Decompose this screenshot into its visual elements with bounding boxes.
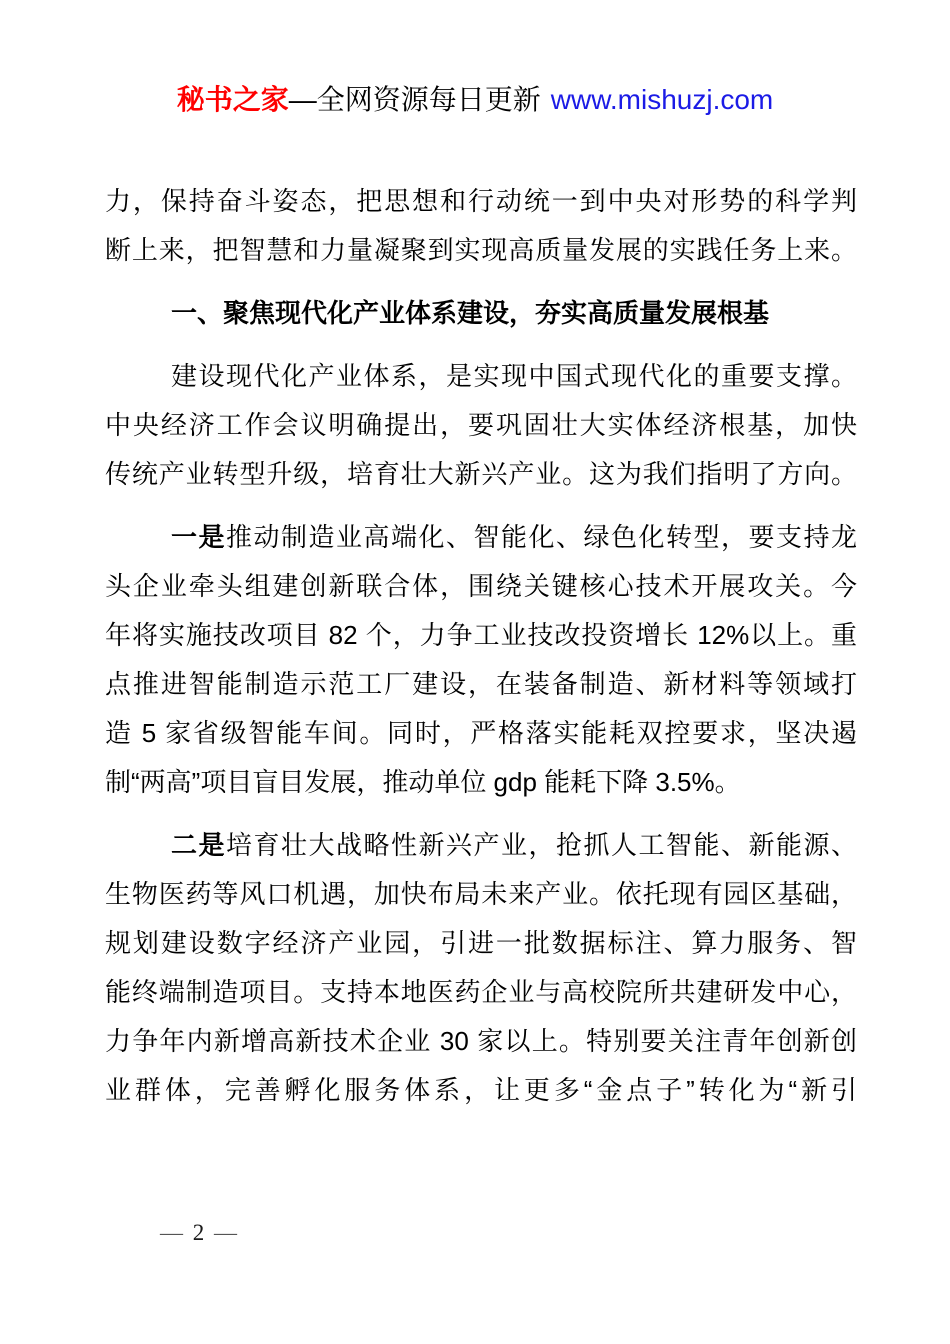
text-line: 力争年内新增高新技术企业 30 家以上。特别要关注青年创新创 [105, 1017, 857, 1066]
page-number: — 2 — [160, 1218, 239, 1248]
line-text: 培育壮大战略性新兴产业，抢抓人工智能、新能源、 [226, 830, 857, 860]
line-text: 年将实施技改项目 82 个，力争工业技改投资增长 12%以上。重 [105, 620, 857, 650]
text-line: 造 5 家省级智能车间。同时，严格落实能耗双控要求，坚决遏 [105, 709, 857, 758]
text-line: 能终端制造项目。支持本地医药企业与高校院所共建研发中心， [105, 968, 857, 1017]
paragraph-point-one: 一是推动制造业高端化、智能化、绿色化转型，要支持龙 头企业牵头组建创新联合体，围… [105, 513, 857, 807]
text-line: 年将实施技改项目 82 个，力争工业技改投资增长 12%以上。重 [105, 611, 857, 660]
line-text: 规划建设数字经济产业园，引进一批数据标注、算力服务、智 [105, 928, 857, 958]
paragraph-intro: 建设现代化产业体系，是实现中国式现代化的重要支撑。 中央经济工作会议明确提出，要… [105, 352, 857, 499]
line-text: 建设现代化产业体系，是实现中国式现代化的重要支撑。 [171, 361, 857, 391]
text-line: 力，保持奋斗姿态，把思想和行动统一到中央对形势的科学判 [105, 177, 857, 226]
text-line: 业群体，完善孵化服务体系，让更多“金点子”转化为“新引 [105, 1066, 857, 1115]
document-header: 秘书之家—全网资源每日更新www.mishuzj.com [0, 82, 950, 118]
line-text: 业群体，完善孵化服务体系，让更多“金点子”转化为“新引 [105, 1075, 857, 1105]
line-text: 头企业牵头组建创新联合体，围绕关键核心技术开展攻关。今 [105, 571, 857, 601]
website-url-link[interactable]: www.mishuzj.com [551, 84, 773, 115]
line-text: 推动制造业高端化、智能化、绿色化转型，要支持龙 [226, 522, 857, 552]
line-text: 传统产业转型升级，培育壮大新兴产业。这为我们指明了方向。 [105, 459, 857, 489]
line-text: 生物医药等风口机遇，加快布局未来产业。依托现有园区基础， [105, 879, 857, 909]
line-text: 力，保持奋斗姿态，把思想和行动统一到中央对形势的科学判 [105, 186, 857, 216]
text-line: 点推进智能制造示范工厂建设，在装备制造、新材料等领域打 [105, 660, 857, 709]
text-line: 建设现代化产业体系，是实现中国式现代化的重要支撑。 [105, 352, 857, 401]
text-line: 生物医药等风口机遇，加快布局未来产业。依托现有园区基础， [105, 870, 857, 919]
header-tagline: —全网资源每日更新 [289, 84, 541, 115]
text-line: 制“两高”项目盲目发展，推动单位 gdp 能耗下降 3.5%。 [105, 758, 857, 807]
text-line: 中央经济工作会议明确提出，要巩固壮大实体经济根基，加快 [105, 401, 857, 450]
paragraph-point-two: 二是培育壮大战略性新兴产业，抢抓人工智能、新能源、 生物医药等风口机遇，加快布局… [105, 821, 857, 1115]
text-line: 传统产业转型升级，培育壮大新兴产业。这为我们指明了方向。 [105, 450, 857, 499]
line-text: 造 5 家省级智能车间。同时，严格落实能耗双控要求，坚决遏 [105, 718, 857, 748]
paragraph-continuation: 力，保持奋斗姿态，把思想和行动统一到中央对形势的科学判 断上来，把智慧和力量凝聚… [105, 177, 857, 275]
bold-lead: 一是 [171, 522, 226, 552]
text-line: 一是推动制造业高端化、智能化、绿色化转型，要支持龙 [105, 513, 857, 562]
document-body: 力，保持奋斗姿态，把思想和行动统一到中央对形势的科学判 断上来，把智慧和力量凝聚… [105, 177, 857, 1115]
page-number-value: 2 [193, 1220, 207, 1245]
document-page: 秘书之家—全网资源每日更新www.mishuzj.com 力，保持奋斗姿态，把思… [0, 0, 950, 1344]
text-line: 二是培育壮大战略性新兴产业，抢抓人工智能、新能源、 [105, 821, 857, 870]
text-line: 规划建设数字经济产业园，引进一批数据标注、算力服务、智 [105, 919, 857, 968]
brand-name: 秘书之家 [177, 84, 289, 115]
line-text: 断上来，把智慧和力量凝聚到实现高质量发展的实践任务上来。 [105, 235, 857, 265]
line-text: 力争年内新增高新技术企业 30 家以上。特别要关注青年创新创 [105, 1026, 857, 1056]
text-line: 头企业牵头组建创新联合体，围绕关键核心技术开展攻关。今 [105, 562, 857, 611]
text-line: 断上来，把智慧和力量凝聚到实现高质量发展的实践任务上来。 [105, 226, 857, 275]
heading-line: 一、聚焦现代化产业体系建设，夯实高质量发展根基 [105, 289, 857, 338]
line-text: 点推进智能制造示范工厂建设，在装备制造、新材料等领域打 [105, 669, 857, 699]
line-text: 能终端制造项目。支持本地医药企业与高校院所共建研发中心， [105, 977, 857, 1007]
heading-text: 一、聚焦现代化产业体系建设，夯实高质量发展根基 [171, 298, 769, 328]
section-heading: 一、聚焦现代化产业体系建设，夯实高质量发展根基 [105, 289, 857, 338]
line-text: 制“两高”项目盲目发展，推动单位 gdp 能耗下降 3.5%。 [105, 767, 741, 797]
page-number-dash-left: — [160, 1220, 185, 1245]
page-number-dash-right: — [214, 1220, 239, 1245]
line-text: 中央经济工作会议明确提出，要巩固壮大实体经济根基，加快 [105, 410, 857, 440]
bold-lead: 二是 [171, 830, 226, 860]
